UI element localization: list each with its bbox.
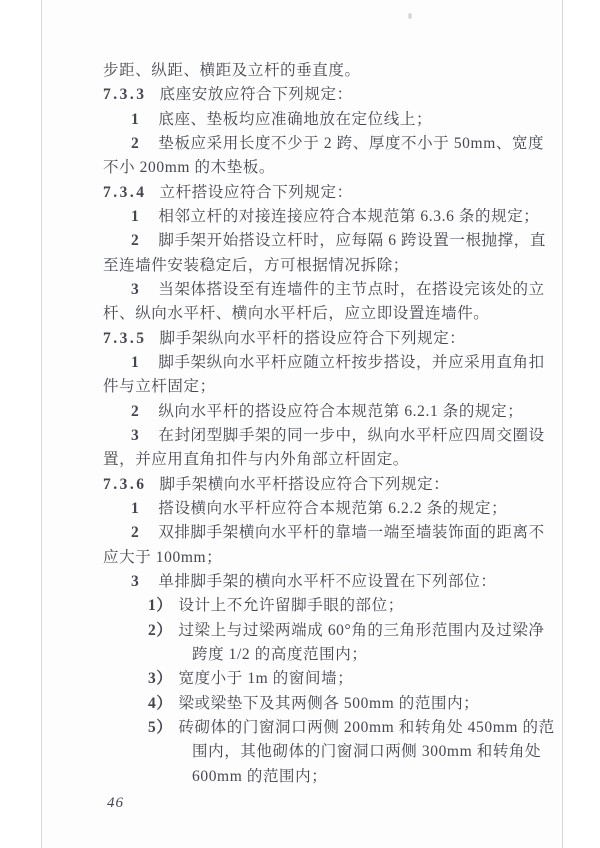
item-number: 1 [131,208,139,225]
item-number: 3 [131,573,139,590]
line-text: 围内，其他砌体的门窗洞口两侧 300mm 和转角处 [192,743,541,760]
text-line: 7.3.6脚手架横向水平杆搭设应符合下列规定： [103,473,555,497]
text-line: 3当架体搭设至有连墙件的主节点时，在搭设完该处的立 [103,278,555,302]
clause-number: 7.3.4 [103,184,147,201]
item-number: 2 [131,232,139,249]
item-number: 1） [148,597,172,614]
line-text: 在封闭型脚手架的同一步中，纵向水平杆应四周交圈设 [158,427,544,444]
line-text: 杆、纵向水平杆、横向水平杆后，应立即设置连墙件。 [103,305,489,322]
text-line: 1底座、垫板均应准确地放在定位线上； [103,108,555,132]
line-text: 梁或梁垫下及其两侧各 500mm 的范围内； [178,695,479,712]
text-line: 7.3.4立杆搭设应符合下列规定： [103,181,555,205]
text-line: 2纵向水平杆的搭设应符合本规范第 6.2.1 条的规定； [103,400,555,424]
page-number: 46 [107,795,124,812]
text-line: 置，并应用直角扣件与内外角部立杆固定。 [103,448,555,472]
item-number: 4） [148,695,172,712]
text-line: 应大于 100mm； [103,546,555,570]
line-text: 宽度小于 1m 的窗间墙； [178,670,353,687]
line-text: 立杆搭设应符合下列规定： [160,184,353,201]
line-text: 搭设横向水平杆应符合本规范第 6.2.2 条的规定； [158,500,507,517]
text-line: 2脚手架开始搭设立杆时，应每隔 6 跨设置一根抛撑，直 [103,229,555,253]
line-text: 纵向水平杆的搭设应符合本规范第 6.2.1 条的规定； [158,403,523,420]
item-number: 1 [131,111,139,128]
text-line: 1）设计上不允许留脚手眼的部位； [103,594,555,618]
text-line: 件与立杆固定； [103,375,555,399]
item-number: 3 [131,427,139,444]
line-text: 步距、纵距、横距及立杆的垂直度。 [103,62,361,79]
item-number: 2 [131,524,139,541]
clause-number: 7.3.5 [103,330,147,347]
text-line: 2）过梁上与过梁两端成 60°角的三角形范围内及过梁净 [103,619,555,643]
text-line: 3）宽度小于 1m 的窗间墙； [103,667,555,691]
item-number: 1 [131,354,139,371]
text-line: 步距、纵距、横距及立杆的垂直度。 [103,59,555,83]
line-text: 当架体搭设至有连墙件的主节点时，在搭设完该处的立 [158,281,544,298]
text-line: 至连墙件安装稳定后，方可根据情况拆除； [103,254,555,278]
text-line: 1搭设横向水平杆应符合本规范第 6.2.2 条的规定； [103,497,555,521]
line-text: 过梁上与过梁两端成 60°角的三角形范围内及过梁净 [178,622,544,639]
text-line: 1相邻立杆的对接连接应符合本规范第 6.3.6 条的规定； [103,205,555,229]
line-text: 设计上不允许留脚手眼的部位； [178,597,403,614]
text-line: 3单排脚手架的横向水平杆不应设置在下列部位： [103,570,555,594]
text-line: 5）砖砌体的门窗洞口两侧 200mm 和转角处 450mm 的范 [103,716,555,740]
text-line: 7.3.5脚手架纵向水平杆的搭设应符合下列规定： [103,327,555,351]
text-line: 600mm 的范围内； [103,765,555,789]
line-text: 单排脚手架的横向水平杆不应设置在下列部位： [158,573,496,590]
clause-number: 7.3.6 [103,476,147,493]
item-number: 3 [131,281,139,298]
line-text: 相邻立杆的对接连接应符合本规范第 6.3.6 条的规定； [158,208,539,225]
item-number: 1 [131,500,139,517]
document-lines: 步距、纵距、横距及立杆的垂直度。7.3.3底座安放应符合下列规定：1底座、垫板均… [103,59,555,789]
line-text: 脚手架开始搭设立杆时，应每隔 6 跨设置一根抛撑，直 [158,232,546,249]
text-line: 围内，其他砌体的门窗洞口两侧 300mm 和转角处 [103,740,555,764]
item-number: 3） [148,670,172,687]
item-number: 2 [131,403,139,420]
line-text: 垫板应采用长度不少于 2 跨、厚度不小于 50mm、宽度 [158,135,544,152]
text-line: 不小 200mm 的木垫板。 [103,156,555,180]
text-line: 4）梁或梁垫下及其两侧各 500mm 的范围内； [103,692,555,716]
text-line: 杆、纵向水平杆、横向水平杆后，应立即设置连墙件。 [103,302,555,326]
line-text: 脚手架横向水平杆搭设应符合下列规定： [160,476,450,493]
page-edge-right-line [562,0,563,848]
line-text: 底座安放应符合下列规定： [160,86,353,103]
line-text: 砖砌体的门窗洞口两侧 200mm 和转角处 450mm 的范 [178,719,554,736]
line-text: 件与立杆固定； [103,378,216,395]
text-line: 3在封闭型脚手架的同一步中，纵向水平杆应四周交圈设 [103,424,555,448]
clause-number: 7.3.3 [103,86,147,103]
line-text: 底座、垫板均应准确地放在定位线上； [158,111,432,128]
line-text: 不小 200mm 的木垫板。 [103,159,275,176]
item-number: 2） [148,622,172,639]
line-text: 双排脚手架横向水平杆的靠墙一端至墙装饰面的距离不 [158,524,544,541]
item-number: 5） [148,719,172,736]
text-line: 2双排脚手架横向水平杆的靠墙一端至墙装饰面的距离不 [103,521,555,545]
page-edge-left-line [41,0,42,848]
text-line: 7.3.3底座安放应符合下列规定： [103,83,555,107]
text-line: 2垫板应采用长度不少于 2 跨、厚度不小于 50mm、宽度 [103,132,555,156]
line-text: 至连墙件安装稳定后，方可根据情况拆除； [103,257,409,274]
item-number: 2 [131,135,139,152]
line-text: 置，并应用直角扣件与内外角部立杆固定。 [103,451,409,468]
line-text: 跨度 1/2 的高度范围内； [192,646,367,663]
scan-speck [408,13,412,19]
text-line: 跨度 1/2 的高度范围内； [103,643,555,667]
line-text: 600mm 的范围内； [192,768,327,785]
line-text: 脚手架纵向水平杆的搭设应符合下列规定： [160,330,466,347]
line-text: 脚手架纵向水平杆应随立杆按步搭设，并应采用直角扣 [158,354,544,371]
line-text: 应大于 100mm； [103,549,222,566]
text-line: 1脚手架纵向水平杆应随立杆按步搭设，并应采用直角扣 [103,351,555,375]
